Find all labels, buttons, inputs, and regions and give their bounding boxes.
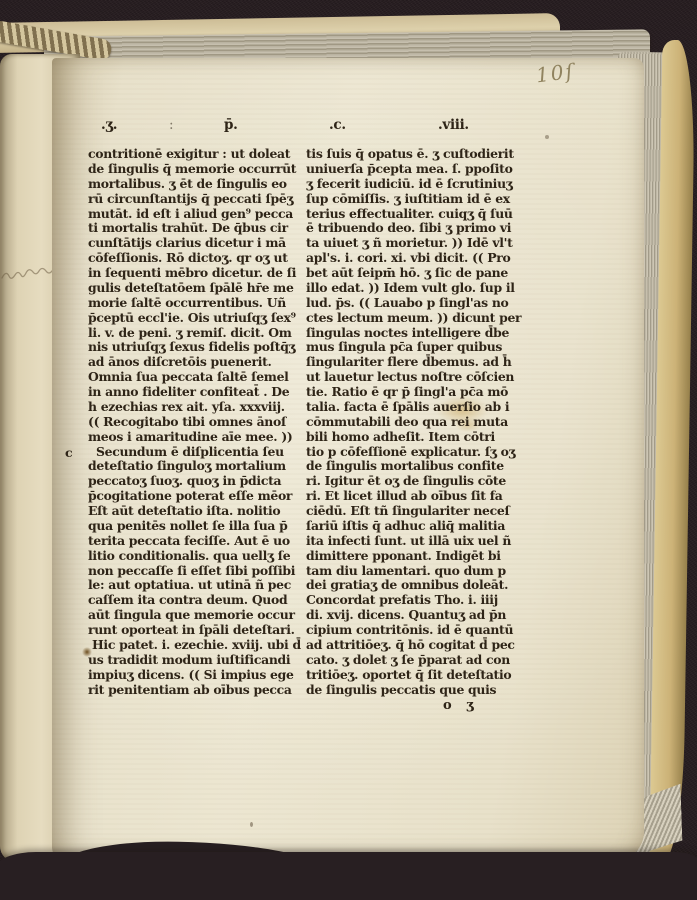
text-line: Omnia ſua peccata ſaltē ſemel	[88, 370, 301, 385]
text-line: p̄ceptū eccl'ie. Ois utriuſqʒ ſex⁹	[88, 311, 301, 326]
text-line: ſingulariter flere d̄bemus. ad h̄	[306, 355, 521, 370]
text-line: terita peccata feciſſe. Aut ē uo	[88, 534, 301, 549]
paper-speck	[545, 135, 549, 139]
text-line: in anno fideliter confiteat̄ . De	[88, 385, 301, 400]
text-line: deteſtatio ſinguloʒ mortalium	[88, 459, 301, 474]
text-line: ſingulas noctes intelligere d̄be	[306, 326, 521, 341]
handwritten-folio-number: 10ſ	[535, 60, 576, 87]
text-line: dimittere pponant. Indigēt bi	[306, 549, 521, 564]
text-line: lud. p̄s. (( Lauabo p ſingl'as no	[306, 296, 521, 311]
text-line: di. xvij. dicens. Quantuʒ ad p̄n	[306, 608, 521, 623]
text-line: morie ſaltē occurrentibus. Uñ	[88, 296, 301, 311]
text-line: ctes lectum meum. )) dicunt per	[306, 311, 521, 326]
header-mark-quire: .ʒ.	[101, 118, 117, 132]
text-line: gulis deteſtatōem ſpālē hr̄e me	[88, 281, 301, 296]
text-line: apl's. i. cori. xi. vbi dicit. (( Pro	[306, 251, 521, 266]
header-mark-p: p̄.	[224, 118, 238, 132]
text-line: Eſt aūt deteſtatio iſta. nolitio	[88, 504, 301, 519]
text-line: impiuʒ dicens. (( Si impius ege	[88, 668, 301, 683]
text-line: bili homo adheſit. Item cōtri	[306, 430, 521, 445]
text-line: rū circunſtantijs q̄ peccati ſpēʒ	[88, 192, 301, 207]
text-line: cōfeſſionis. Rō dictoʒ. qr oʒ ut	[88, 251, 301, 266]
text-line: tie. Ratio ē qr p̄ ſingl'a pc̄a mō	[306, 385, 521, 400]
text-line: bet aūt ſeipm̄ hō. ʒ ſic de pane	[306, 266, 521, 281]
text-line: tritiōeʒ. oportet q̄ ſit deteſtatio	[306, 668, 521, 683]
header-mark-chapter-number: .viii.	[438, 118, 469, 132]
text-line: tis ſuis q̄ opatus ē. ʒ cuſtodierit	[306, 147, 521, 162]
text-line: cōmmutabili deo qua rei muta	[306, 415, 521, 430]
text-line: runt oporteat in ſpāli deteſtari.	[88, 623, 301, 638]
text-line: uniuerſa p̄cepta mea. ſ. ppoſito	[306, 162, 521, 177]
quire-signature-mark: o ʒ	[443, 699, 474, 713]
text-line: cato. ʒ dolet ʒ ſe p̄parat ad con	[306, 653, 521, 668]
text-line: dei gratiaʒ de omnibus doleāt.	[306, 578, 521, 593]
text-line: tio p cōfeſſionē explicatur. ſʒ oʒ	[306, 445, 521, 460]
text-line: ut lauetur lectus noſtre cōſcien	[306, 370, 521, 385]
text-line: ri. Igitur ēt oʒ de ſingulis cōte	[306, 474, 521, 489]
text-line: rit penitentiam ab oībus pecca	[88, 683, 301, 698]
paper-speck	[250, 822, 253, 827]
text-line: nis utriuſqʒ ſexus fidelis poſtq̄ʒ	[88, 340, 301, 355]
text-line: cipium contritōnis. id ē quantū	[306, 623, 521, 638]
book-photo: 10ſ .ʒ. : p̄. .c. .viii. c contritionē e…	[0, 0, 697, 900]
header-mark-colon: :	[169, 118, 173, 132]
text-line: ita infecti ſunt. ut illā uix uel ñ	[306, 534, 521, 549]
text-line: Secundum ē diſplicentia ſeu	[88, 445, 301, 460]
text-line: non peccaſſe ſi eſſet ſibi poſſibi	[88, 564, 301, 579]
text-line: Concordat prefatis Tho. i. iiij	[306, 593, 521, 608]
text-line: ſariū iſtis q̄ adhuc aliq̄ malitia	[306, 519, 521, 534]
text-line: li. v. de peni. ʒ remiſ. dicit. Om	[88, 326, 301, 341]
text-line: ciēdū. Eſt tñ ſingulariter neceſ	[306, 504, 521, 519]
text-column-right: tis ſuis q̄ opatus ē. ʒ cuſtodierituniue…	[306, 147, 521, 697]
text-line: ad ānos diſcretōis puenerit.	[88, 355, 301, 370]
text-line: ſup cōmiſſis. ʒ iuſtitiam id ē ex	[306, 192, 521, 207]
header-mark-c: .c.	[329, 118, 346, 132]
text-line: mutāt. id eſt i aliud gen⁹ pecca	[88, 207, 301, 222]
text-line: talia. facta ē ſpālis auerſio ab i	[306, 400, 521, 415]
text-line: Hic patet. i. ezechie. xviij. ubi d̄	[88, 638, 301, 653]
text-line: peccatoʒ ſuoʒ. quoʒ in p̄dicta	[88, 474, 301, 489]
text-line: le: aut optatiua. ut utinā ñ pec	[88, 578, 301, 593]
text-line: (( Recogitabo tibi omnes ānoſ	[88, 415, 301, 430]
text-line: in ſequenti mēbro dicetur. de ſi	[88, 266, 301, 281]
text-line: ē tribuendo deo. ſibi ʒ primo vi	[306, 221, 521, 236]
text-line: meos i amaritudine aīe mee. ))	[88, 430, 301, 445]
text-line: litio conditionalis. qua uellʒ ſe	[88, 549, 301, 564]
text-line: ti mortalis trahūt. De q̄bus cir	[88, 221, 301, 236]
marginal-paragraph-letter: c	[65, 446, 73, 460]
text-line: ʒ fecerit iudiciū. id ē ſcrutiniuʒ	[306, 177, 521, 192]
text-column-left: contritionē exigitur : ut doleatde ſingu…	[88, 147, 301, 697]
text-line: contritionē exigitur : ut doleat	[88, 147, 301, 162]
text-line: mortalibus. ʒ ēt de ſingulis eo	[88, 177, 301, 192]
text-line: illo edat. )) Idem vult glo. ſup il	[306, 281, 521, 296]
text-line: ri. Et licet illud ab oībus ſit fa	[306, 489, 521, 504]
text-line: cunſtātijs clarius dicetur i mā	[88, 236, 301, 251]
text-line: qua penitēs nollet ſe illa ſua p̄	[88, 519, 301, 534]
text-line: caſſem ita contra deum. Quod	[88, 593, 301, 608]
text-line: h ezechias rex ait. yſa. xxxviij.	[88, 400, 301, 415]
text-line: de ſingulis mortalibus confite	[306, 459, 521, 474]
text-line: us tradidit modum iuſtificandi	[88, 653, 301, 668]
text-line: p̄cogitatione poterat eſſe mēor	[88, 489, 301, 504]
text-line: tam diu lamentari. quo dum p	[306, 564, 521, 579]
text-line: terius effectualiter. cuiqʒ q̄ ſuū	[306, 207, 521, 222]
text-line: aūt ſingula que memorie occur	[88, 608, 301, 623]
text-line: de ſingulis q̄ memorie occurrūt	[88, 162, 301, 177]
photo-background	[0, 852, 697, 900]
text-line: ad attritiōeʒ. q̄ hō cogitat d̄ pec	[306, 638, 521, 653]
text-line: ta uiuet ʒ ñ morietur. )) Idē vl't	[306, 236, 521, 251]
text-line: de ſingulis peccatis que quis	[306, 683, 521, 698]
